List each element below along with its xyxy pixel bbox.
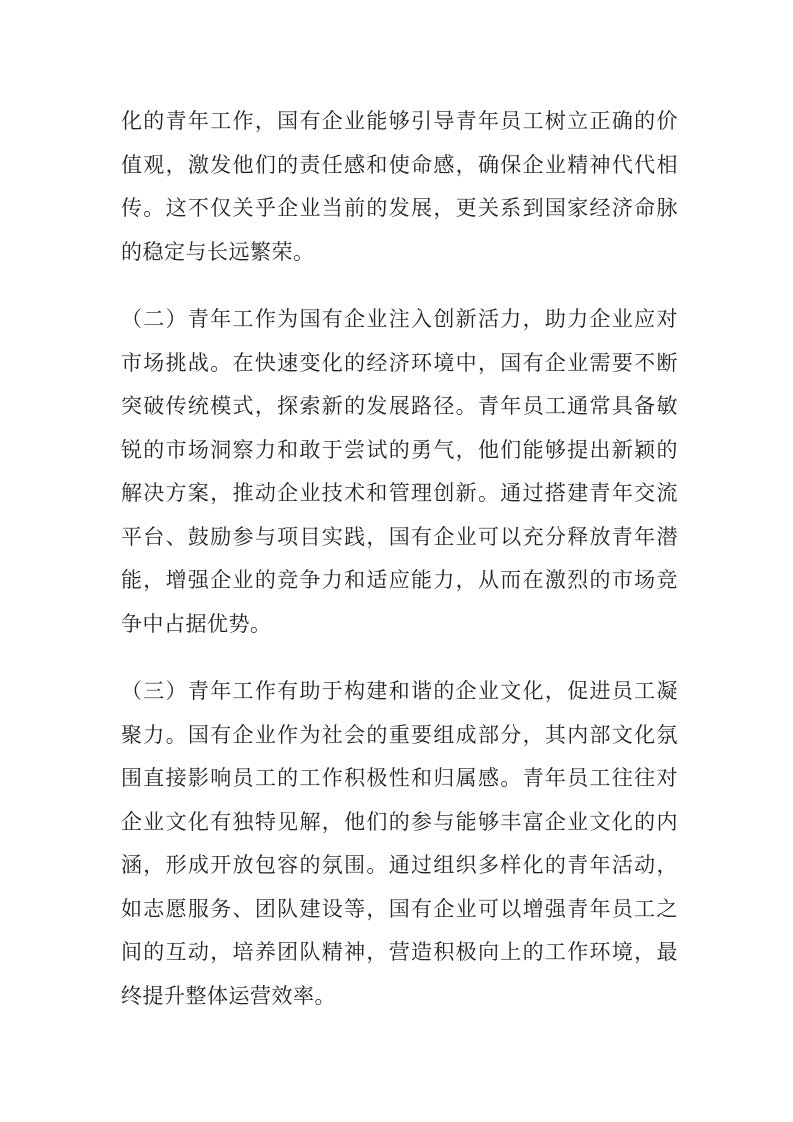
paragraph-item-2: （二）青年工作为国有企业注入创新活力，助力企业应对市场挑战。在快速变化的经济环境… [121,298,678,646]
document-page: 化的青年工作，国有企业能够引导青年员工树立正确的价值观，激发他们的责任感和使命感… [0,0,793,1122]
paragraph-item-3: （三）青年工作有助于构建和谐的企业文化，促进员工凝聚力。国有企业作为社会的重要组… [121,670,678,1018]
document-text-block: 化的青年工作，国有企业能够引导青年员工树立正确的价值观，激发他们的责任感和使命感… [121,100,678,1042]
paragraph-continuation: 化的青年工作，国有企业能够引导青年员工树立正确的价值观，激发他们的责任感和使命感… [121,100,678,274]
